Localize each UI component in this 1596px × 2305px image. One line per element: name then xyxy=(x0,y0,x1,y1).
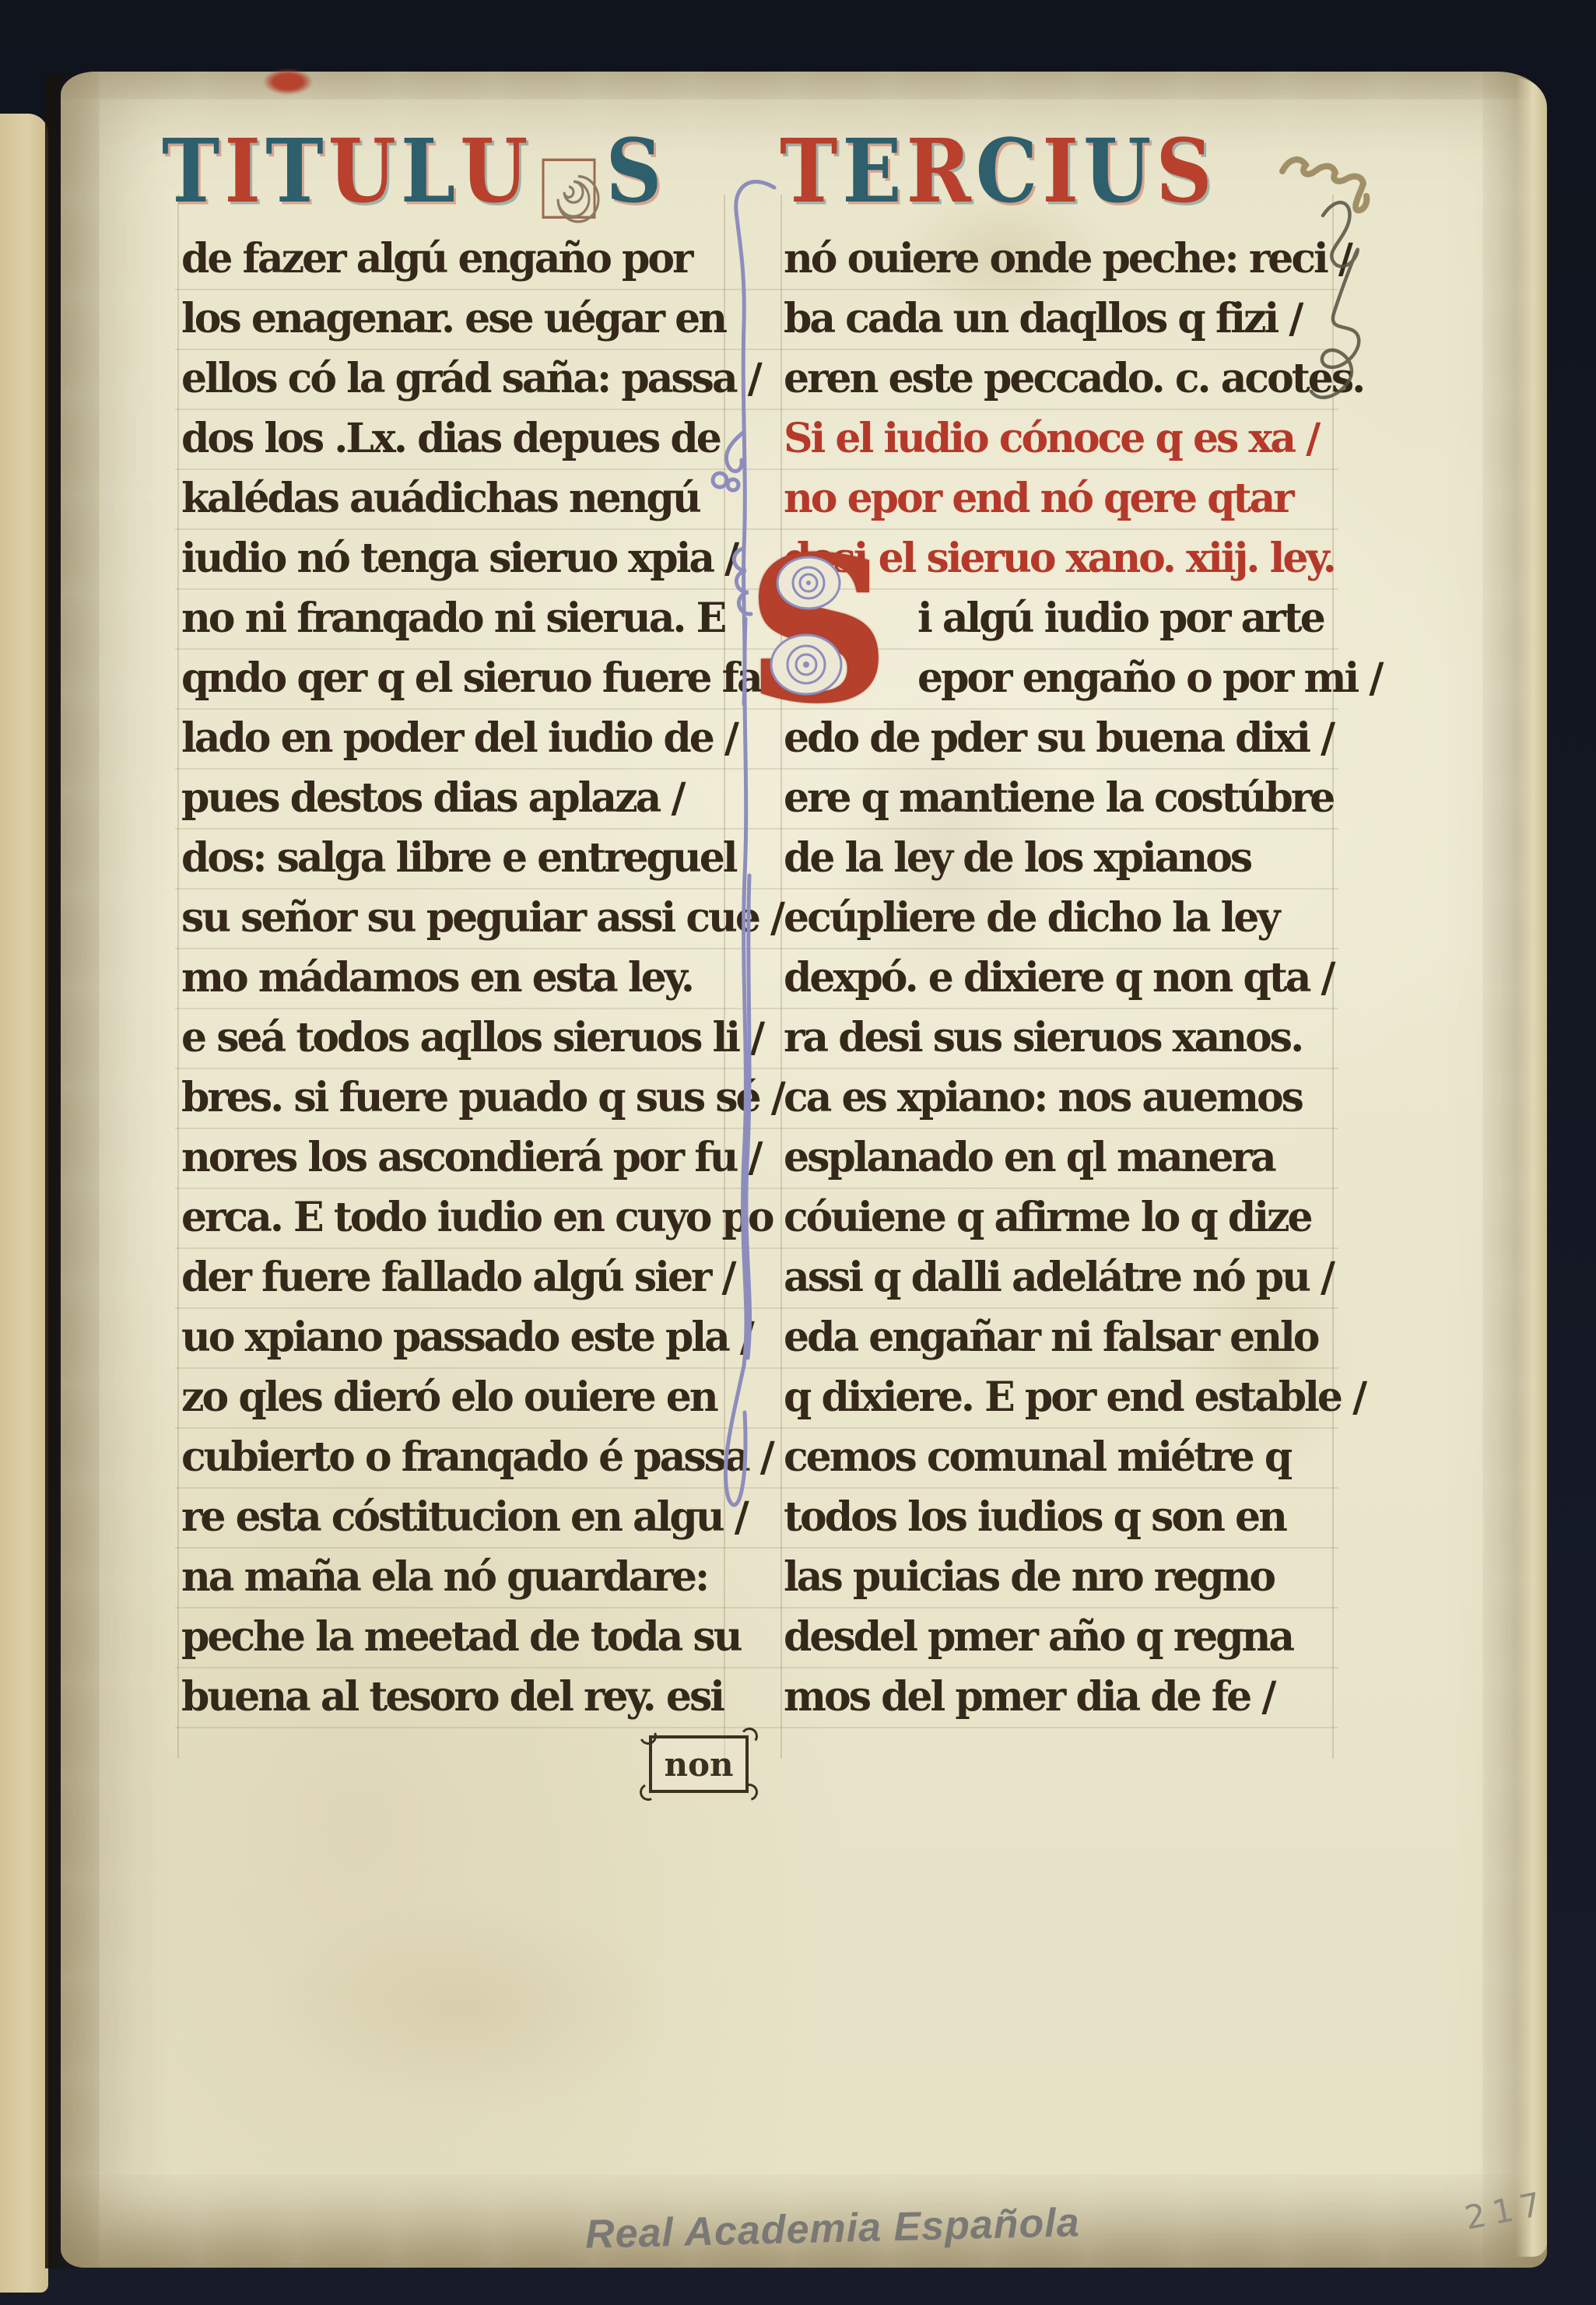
margin-marks xyxy=(1268,136,1447,479)
text-line: mos del pmer dia de fe / xyxy=(784,1668,1344,1728)
text-line: lado en poder del iudio de / xyxy=(181,710,742,770)
text-line: kalédas auádichas nengú xyxy=(181,470,742,530)
text-line: na maña ela nó guardare: xyxy=(181,1549,742,1609)
text-line: de la ley de los xpianos xyxy=(784,830,1344,889)
text-line: cubierto o franqado é passa / xyxy=(181,1429,742,1489)
text-line: assi q dalli adelátre nó pu / xyxy=(784,1249,1344,1309)
text-line: dexpó. e dixiere q non qta / xyxy=(784,949,1344,1009)
header-letter: S xyxy=(1156,128,1216,215)
text-line: uo xpiano passado este pla / xyxy=(181,1309,742,1369)
margin-flourish-icon xyxy=(1311,202,1359,398)
text-line: ca es xpiano: nos auemos xyxy=(784,1069,1344,1129)
text-line: eda engañar ni falsar enlo xyxy=(784,1309,1344,1369)
manuscript-photo: T I T U L U S T E R C I U S de fazer alg… xyxy=(0,0,1596,2305)
header-letter: U xyxy=(328,128,401,215)
text-line: cóuiene q afirme lo q dize xyxy=(784,1189,1344,1249)
text-line: re esta cóstitucion en algu / xyxy=(181,1489,742,1549)
text-line: ere q mantiene la costúbre xyxy=(784,770,1344,830)
text-line: de fazer algú engaño por xyxy=(181,230,742,290)
text-column-right: nó ouiere onde peche: reci / ba cada un … xyxy=(784,230,1344,1728)
text-line: ellos có la grád saña: passa / xyxy=(181,350,742,410)
header-letter: U xyxy=(460,128,532,215)
text-line: pues destos dias aplaza / xyxy=(181,770,742,830)
text-line: cemos comunal miétre q xyxy=(784,1429,1344,1489)
header-letter: R xyxy=(907,128,976,215)
page-fore-edge xyxy=(1516,78,1547,2257)
text-line: q dixiere. E por end estable / xyxy=(784,1369,1344,1429)
header-letter: I xyxy=(224,128,265,215)
header-letter: T xyxy=(265,128,328,215)
header-letter: S xyxy=(605,128,666,215)
gutter-flourish-icon xyxy=(696,175,790,1514)
header-letter: U xyxy=(1083,128,1156,215)
header-letter: I xyxy=(1042,128,1083,215)
text-line: dos los .Lx. dias depues de xyxy=(181,410,742,470)
text-line: peche la meetad de toda su xyxy=(181,1609,742,1668)
header-letter: E xyxy=(842,128,906,215)
header-letter: C xyxy=(976,128,1043,215)
text-line: ecúpliere de dicho la ley xyxy=(784,889,1344,949)
header-letter: L xyxy=(401,128,460,215)
text-line: buena al tesoro del rey. esi xyxy=(181,1668,742,1728)
catchword-box: non xyxy=(649,1735,749,1793)
text-line: los enagenar. ese uégar en xyxy=(181,290,742,350)
text-line: iudio nó tenga sieruo xpia / xyxy=(181,530,742,590)
text-line: todos los iudios q son en xyxy=(784,1489,1344,1549)
header-ornament-icon xyxy=(540,139,598,203)
facing-page-edge xyxy=(0,114,48,2293)
text-line: su señor su peguiar assi cue / xyxy=(181,889,742,949)
text-line: las puicias de nro regno xyxy=(784,1549,1344,1609)
text-line: ba cada un daqllos q fizi / xyxy=(784,290,1344,350)
ruling-line xyxy=(177,195,179,1759)
text-line: zo qles dieró elo ouiere en xyxy=(181,1369,742,1429)
text-line: dos: salga libre e entreguel xyxy=(181,830,742,889)
text-line: desdel pmer año q regna xyxy=(784,1609,1344,1668)
parchment-stain xyxy=(265,1899,669,2117)
header-letter: T xyxy=(162,128,224,215)
text-line: erca. E todo iudio en cuyo po xyxy=(181,1189,742,1249)
header-tercius: T E R C I U S xyxy=(780,114,1217,229)
text-line: nó ouiere onde peche: reci / xyxy=(784,230,1344,290)
catchword-label: non xyxy=(664,1745,733,1784)
text-line: qndo qer q el sieruo fuere fal / xyxy=(181,650,742,710)
red-paint-smudge xyxy=(263,68,313,95)
text-column-left: de fazer algú engaño por los enagenar. e… xyxy=(181,230,742,1728)
rubric-line: Si el iudio cónoce q es xa / xyxy=(784,410,1344,470)
text-line: esplanado en ql manera xyxy=(784,1129,1344,1189)
text-line: no ni franqado ni sierua. E xyxy=(181,590,742,650)
text-line: eren este peccado. c. acotes. xyxy=(784,350,1344,410)
margin-scribble-icon xyxy=(1282,160,1366,210)
text-line: e seá todos aqllos sieruos li / xyxy=(181,1009,742,1069)
text-line: mo mádamos en esta ley. xyxy=(181,949,742,1009)
text-line: der fuere fallado algú sier / xyxy=(181,1249,742,1309)
text-line: bres. si fuere puado q sus sé / xyxy=(181,1069,742,1129)
text-line: ra desi sus sieruos xanos. xyxy=(784,1009,1344,1069)
text-line: nores los ascondierá por fu / xyxy=(181,1129,742,1189)
header-titulus: T I T U L U S xyxy=(162,114,667,229)
